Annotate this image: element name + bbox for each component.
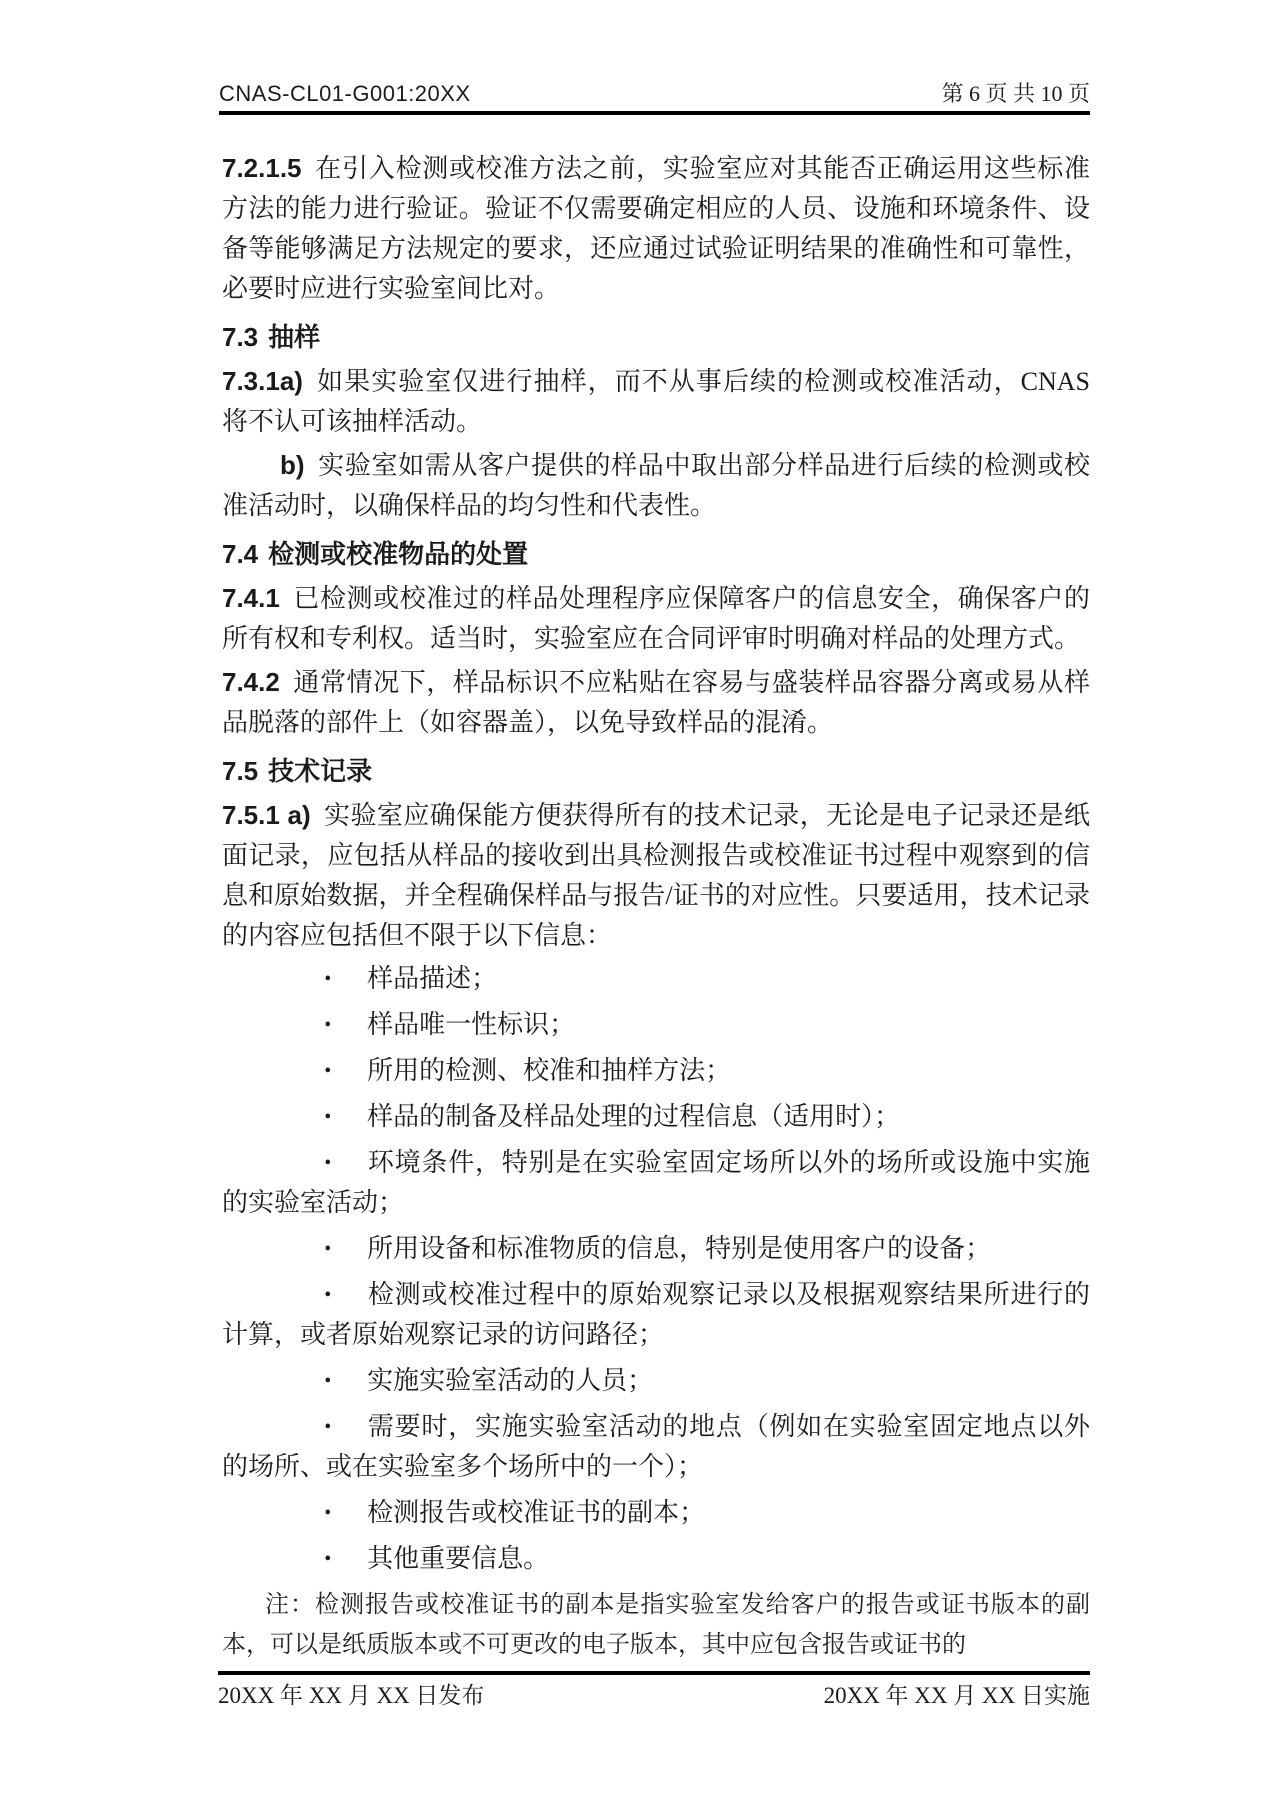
bullet-icon: • — [284, 1280, 331, 1310]
heading-text: 技术记录 — [268, 757, 372, 786]
bullet-icon: • — [284, 964, 331, 994]
footer-implementation-date: 20XX 年 XX 月 XX 日实施 — [824, 1683, 1090, 1709]
page-header: CNAS-CL01-G001:20XX 第 6 页 共 10 页 — [219, 82, 1090, 115]
list-item: •所用设备和标准物质的信息，特别是使用客户的设备； — [222, 1229, 1090, 1269]
list-item-text: 实施实验室活动的人员； — [367, 1366, 653, 1395]
list-item: •需要时，实施实验室活动的地点（例如在实验室固定地点以外的场所、或在实验室多个场… — [222, 1407, 1090, 1487]
list-item: •样品的制备及样品处理的过程信息（适用时）； — [222, 1097, 1090, 1137]
page-number-info: 第 6 页 共 10 页 — [941, 82, 1090, 106]
page-footer: 20XX 年 XX 月 XX 日发布 20XX 年 XX 月 XX 日实施 — [218, 1671, 1090, 1709]
bullet-icon: • — [284, 1412, 331, 1442]
list-item: •所用的检测、校准和抽样方法； — [222, 1051, 1090, 1091]
section-heading-74: 7.4检测或校准物品的处置 — [222, 534, 1090, 575]
list-item: •检测或校准过程中的原始观察记录以及根据观察结果所进行的计算，或者原始观察记录的… — [222, 1275, 1090, 1355]
bullet-icon: • — [284, 1544, 331, 1574]
list-item: •其他重要信息。 — [222, 1539, 1090, 1579]
document-number: CNAS-CL01-G001:20XX — [219, 82, 471, 106]
paragraph-742: 7.4.2通常情况下，样品标识不应粘贴在容易与盛装样品容器分离或易从样品脱落的部… — [222, 662, 1090, 743]
document-body: 7.2.1.5在引入检测或校准方法之前，实验室应对其能否正确运用这些标准方法的能… — [222, 148, 1090, 1668]
clause-number: b) — [280, 450, 305, 480]
paragraph-731a: 7.3.1a)如果实验室仅进行抽样，而不从事后续的检测或校准活动，CNAS 将不… — [222, 361, 1090, 442]
list-item-text: 所用设备和标准物质的信息，特别是使用客户的设备； — [367, 1234, 991, 1263]
paragraph-741: 7.4.1已检测或校准过的样品处理程序应保障客户的信息安全，确保客户的所有权和专… — [222, 578, 1090, 659]
list-item-text: 样品的制备及样品处理的过程信息（适用时）； — [367, 1102, 900, 1131]
bullet-icon: • — [284, 1234, 331, 1264]
bullet-icon: • — [284, 1102, 331, 1132]
paragraph-text: 已检测或校准过的样品处理程序应保障客户的信息安全，确保客户的所有权和专利权。适当… — [222, 584, 1090, 653]
list-item: •实施实验室活动的人员； — [222, 1361, 1090, 1401]
list-item-text: 检测或校准过程中的原始观察记录以及根据观察结果所进行的计算，或者原始观察记录的访… — [222, 1280, 1090, 1349]
paragraph-text: 如果实验室仅进行抽样，而不从事后续的检测或校准活动，CNAS 将不认可该抽样活动… — [222, 367, 1090, 436]
clause-number: 7.5.1 a) — [222, 800, 311, 830]
heading-text: 抽样 — [268, 323, 320, 352]
bullet-icon: • — [284, 1010, 331, 1040]
list-item: •环境条件，特别是在实验室固定场所以外的场所或设施中实施的实验室活动； — [222, 1143, 1090, 1223]
list-item-text: 其他重要信息。 — [367, 1544, 549, 1573]
clause-number: 7.3.1a) — [222, 366, 303, 396]
section-heading-73: 7.3抽样 — [222, 317, 1090, 358]
clause-number: 7.3 — [222, 322, 258, 352]
note-paragraph: 注：检测报告或校准证书的副本是指实验室发给客户的报告或证书版本的副本，可以是纸质… — [222, 1585, 1090, 1665]
clause-number: 7.4.1 — [222, 583, 280, 613]
clause-number: 7.2.1.5 — [222, 153, 302, 183]
list-item-text: 检测报告或校准证书的副本； — [367, 1498, 705, 1527]
footer-release-date: 20XX 年 XX 月 XX 日发布 — [218, 1683, 484, 1709]
list-item: •检测报告或校准证书的副本； — [222, 1493, 1090, 1533]
paragraph-text: 通常情况下，样品标识不应粘贴在容易与盛装样品容器分离或易从样品脱落的部件上（如容… — [222, 668, 1090, 737]
document-page: CNAS-CL01-G001:20XX 第 6 页 共 10 页 7.2.1.5… — [0, 0, 1280, 1810]
list-item-text: 需要时，实施实验室活动的地点（例如在实验室固定地点以外的场所、或在实验室多个场所… — [222, 1412, 1090, 1481]
clause-number: 7.4 — [222, 539, 258, 569]
bullet-icon: • — [284, 1148, 331, 1178]
list-item: •样品唯一性标识； — [222, 1005, 1090, 1045]
paragraph-731b: b)实验室如需从客户提供的样品中取出部分样品进行后续的检测或校准活动时，以确保样… — [222, 445, 1090, 526]
clause-number: 7.5 — [222, 756, 258, 786]
paragraph-751a: 7.5.1 a)实验室应确保能方便获得所有的技术记录，无论是电子记录还是纸面记录… — [222, 795, 1090, 956]
paragraph-text: 实验室应确保能方便获得所有的技术记录，无论是电子记录还是纸面记录，应包括从样品的… — [222, 801, 1090, 950]
clause-number: 7.4.2 — [222, 667, 280, 697]
list-item-text: 样品描述； — [367, 964, 497, 993]
heading-text: 检测或校准物品的处置 — [268, 540, 528, 569]
paragraph-7215: 7.2.1.5在引入检测或校准方法之前，实验室应对其能否正确运用这些标准方法的能… — [222, 148, 1090, 309]
list-item-text: 所用的检测、校准和抽样方法； — [367, 1056, 731, 1085]
section-heading-75: 7.5技术记录 — [222, 751, 1090, 792]
paragraph-text: 在引入检测或校准方法之前，实验室应对其能否正确运用这些标准方法的能力进行验证。验… — [222, 154, 1090, 303]
list-item-text: 环境条件，特别是在实验室固定场所以外的场所或设施中实施的实验室活动； — [222, 1148, 1090, 1217]
bullet-icon: • — [284, 1366, 331, 1396]
bullet-icon: • — [284, 1056, 331, 1086]
bullet-icon: • — [284, 1498, 331, 1528]
list-item-text: 样品唯一性标识； — [367, 1010, 575, 1039]
paragraph-text: 实验室如需从客户提供的样品中取出部分样品进行后续的检测或校准活动时，以确保样品的… — [222, 451, 1090, 520]
list-item: •样品描述； — [222, 959, 1090, 999]
